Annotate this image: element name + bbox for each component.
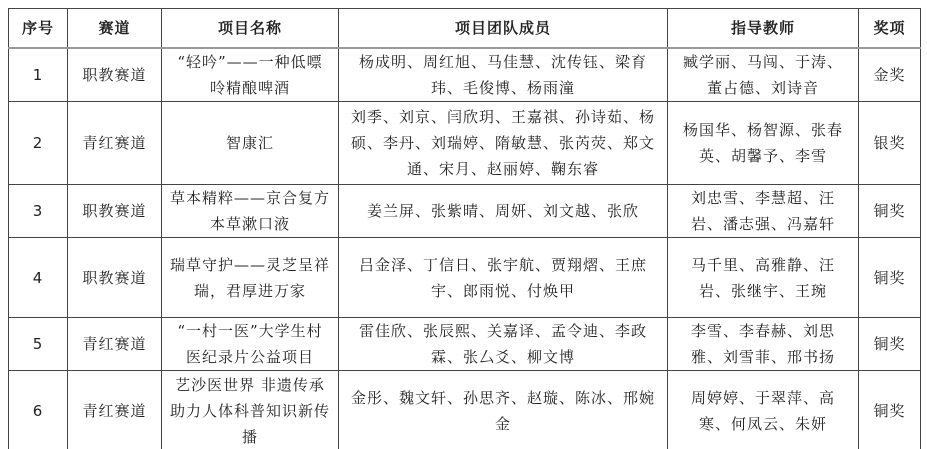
cell-project: “一村一医”大学生村医纪录片公益项目 — [162, 318, 339, 371]
table-row: 6 青红赛道 艺沙医世界 非遗传承助力人体科普知识新传播 金彤、魏文轩、孙思齐、… — [9, 371, 921, 449]
table-row: 3 职教赛道 草本精粹——京合复方本草漱口液 姜兰屏、张紫晴、周妍、刘文越、张欣… — [9, 185, 921, 238]
cell-project: “轻吟”——一种低嘌呤精酿啤酒 — [162, 48, 339, 102]
cell-award: 金奖 — [859, 48, 921, 102]
cell-index: 1 — [9, 48, 68, 102]
cell-members: 姜兰屏、张紫晴、周妍、刘文越、张欣 — [339, 185, 668, 238]
cell-award: 铜奖 — [859, 238, 921, 318]
cell-advisors: 马千里、高雅静、汪岩、张继宇、王琬 — [668, 238, 859, 318]
cell-project: 艺沙医世界 非遗传承助力人体科普知识新传播 — [162, 371, 339, 449]
cell-track: 青红赛道 — [68, 318, 162, 371]
cell-index: 4 — [9, 238, 68, 318]
cell-award: 铜奖 — [859, 371, 921, 449]
table-header-row: 序号 赛道 项目名称 项目团队成员 指导教师 奖项 — [9, 9, 921, 49]
header-members: 项目团队成员 — [339, 9, 668, 49]
cell-project: 草本精粹——京合复方本草漱口液 — [162, 185, 339, 238]
cell-advisors: 李雪、李春赫、刘思雅、刘雪菲、邢书扬 — [668, 318, 859, 371]
header-track: 赛道 — [68, 9, 162, 49]
table-row: 4 职教赛道 瑞草守护——灵芝呈祥瑞，君厚进万家 吕金泽、丁信日、张宇航、贾翔熠… — [9, 238, 921, 318]
cell-award: 银奖 — [859, 102, 921, 185]
cell-track: 职教赛道 — [68, 48, 162, 102]
cell-project: 智康汇 — [162, 102, 339, 185]
cell-members: 杨成明、周红旭、马佳慧、沈传钰、梁育玮、毛俊博、杨雨潼 — [339, 48, 668, 102]
cell-advisors: 刘忠雪、李慧超、汪岩、潘志强、冯嘉轩 — [668, 185, 859, 238]
cell-index: 6 — [9, 371, 68, 449]
header-award: 奖项 — [859, 9, 921, 49]
table-row: 5 青红赛道 “一村一医”大学生村医纪录片公益项目 雷佳欣、张辰熙、关嘉译、孟令… — [9, 318, 921, 371]
cell-track: 青红赛道 — [68, 371, 162, 449]
cell-advisors: 周婷婷、于翠萍、高寒、何凤云、朱妍 — [668, 371, 859, 449]
table-row: 1 职教赛道 “轻吟”——一种低嘌呤精酿啤酒 杨成明、周红旭、马佳慧、沈传钰、梁… — [9, 48, 921, 102]
header-advisors: 指导教师 — [668, 9, 859, 49]
cell-index: 5 — [9, 318, 68, 371]
table-row: 2 青红赛道 智康汇 刘季、刘京、闫欣玥、王嘉祺、孙诗茹、杨硕、李丹、刘瑞婷、隋… — [9, 102, 921, 185]
header-index: 序号 — [9, 9, 68, 49]
cell-award: 铜奖 — [859, 318, 921, 371]
header-project: 项目名称 — [162, 9, 339, 49]
cell-track: 青红赛道 — [68, 102, 162, 185]
awards-table: 序号 赛道 项目名称 项目团队成员 指导教师 奖项 1 职教赛道 “轻吟”——一… — [8, 8, 921, 449]
cell-award: 铜奖 — [859, 185, 921, 238]
cell-members: 吕金泽、丁信日、张宇航、贾翔熠、王庶宇、郎雨悦、付焕甲 — [339, 238, 668, 318]
cell-members: 刘季、刘京、闫欣玥、王嘉祺、孙诗茹、杨硕、李丹、刘瑞婷、隋敏慧、张芮荧、郑文通、… — [339, 102, 668, 185]
cell-project: 瑞草守护——灵芝呈祥瑞，君厚进万家 — [162, 238, 339, 318]
cell-advisors: 臧学丽、马闯、于涛、董占德、刘诗音 — [668, 48, 859, 102]
cell-members: 金彤、魏文轩、孙思齐、赵璇、陈冰、邢婉金 — [339, 371, 668, 449]
cell-track: 职教赛道 — [68, 185, 162, 238]
cell-index: 2 — [9, 102, 68, 185]
cell-advisors: 杨国华、杨智源、张春英、胡馨予、李雪 — [668, 102, 859, 185]
cell-index: 3 — [9, 185, 68, 238]
cell-track: 职教赛道 — [68, 238, 162, 318]
cell-members: 雷佳欣、张辰熙、关嘉译、孟令迪、李政霖、张厶爻、柳文博 — [339, 318, 668, 371]
